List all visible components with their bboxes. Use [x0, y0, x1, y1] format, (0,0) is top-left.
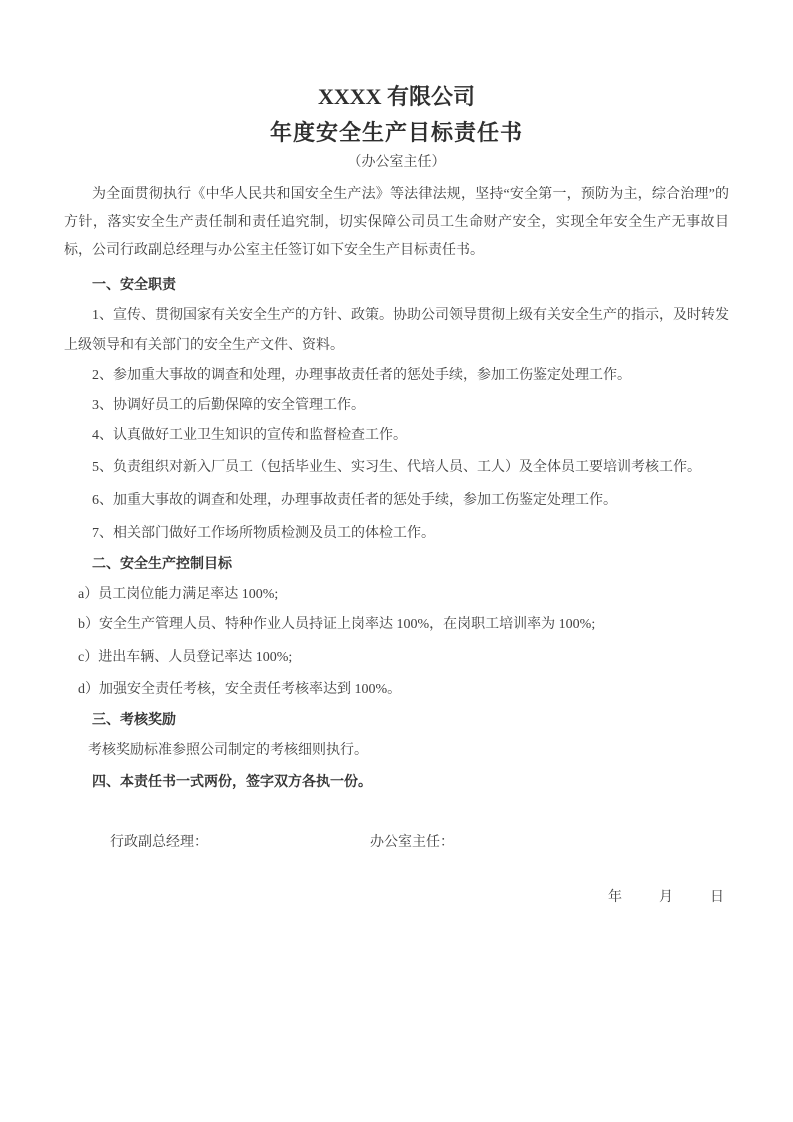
date-day-label: 日 — [710, 883, 724, 913]
signature-label-office-director: 办公室主任： — [370, 828, 454, 858]
signature-label-deputy-general-manager: 行政副总经理： — [110, 828, 208, 858]
intro-paragraph: 为全面贯彻执行《中华人民共和国安全生产法》等法律法规，坚持“安全第一，预防为主，… — [64, 181, 729, 265]
date-line: 年 月 日 — [64, 883, 729, 913]
company-title: XXXX 有限公司 — [64, 83, 729, 111]
section-1-item-6: 6、加重大事故的调查和处理，办理事故责任者的惩处手续，参加工伤鉴定处理工作。 — [64, 486, 729, 516]
section-1-item-3: 3、协调好员工的后勤保障的安全管理工作。 — [64, 391, 729, 421]
date-year-label: 年 — [608, 883, 622, 913]
section-3-body: 考核奖励标准参照公司制定的考核细则执行。 — [64, 736, 729, 766]
section-2-heading: 二、安全生产控制目标 — [64, 550, 729, 580]
section-4-heading: 四、本责任书一式两份，签字双方各执一份。 — [64, 768, 729, 798]
section-1-item-1: 1、宣传、贯彻国家有关安全生产的方针、政策。协助公司领导贯彻上级有关安全生产的指… — [64, 301, 729, 361]
section-1-item-4: 4、认真做好工业卫生知识的宣传和监督检查工作。 — [64, 421, 729, 451]
section-2-item-a: a）员工岗位能力满足率达 100%; — [64, 580, 729, 610]
date-month-label: 月 — [659, 883, 673, 913]
section-3-heading: 三、考核奖励 — [64, 706, 729, 736]
signature-row: 行政副总经理： 办公室主任： — [64, 828, 729, 858]
document-page: XXXX 有限公司 年度安全生产目标责任书 （办公室主任） 为全面贯彻执行《中华… — [0, 0, 793, 1122]
doc-title: 年度安全生产目标责任书 — [64, 118, 729, 148]
section-1-item-5: 5、负责组织对新入厂员工（包括毕业生、实习生、代培人员、工人）及全体员工要培训考… — [64, 453, 729, 483]
section-2-item-c: c）进出车辆、人员登记率达 100%; — [64, 643, 729, 673]
section-1-heading: 一、安全职责 — [64, 271, 729, 301]
doc-subtitle: （办公室主任） — [64, 153, 729, 173]
section-1-item-2: 2、参加重大事故的调查和处理，办理事故责任者的惩处手续，参加工伤鉴定处理工作。 — [64, 361, 729, 391]
section-2-item-d: d）加强安全责任考核，安全责任考核率达到 100%。 — [64, 675, 729, 705]
section-1-item-7: 7、相关部门做好工作场所物质检测及员工的体检工作。 — [64, 519, 729, 549]
section-2-item-b: b）安全生产管理人员、特种作业人员持证上岗率达 100%，在岗职工培训率为 10… — [64, 610, 729, 640]
